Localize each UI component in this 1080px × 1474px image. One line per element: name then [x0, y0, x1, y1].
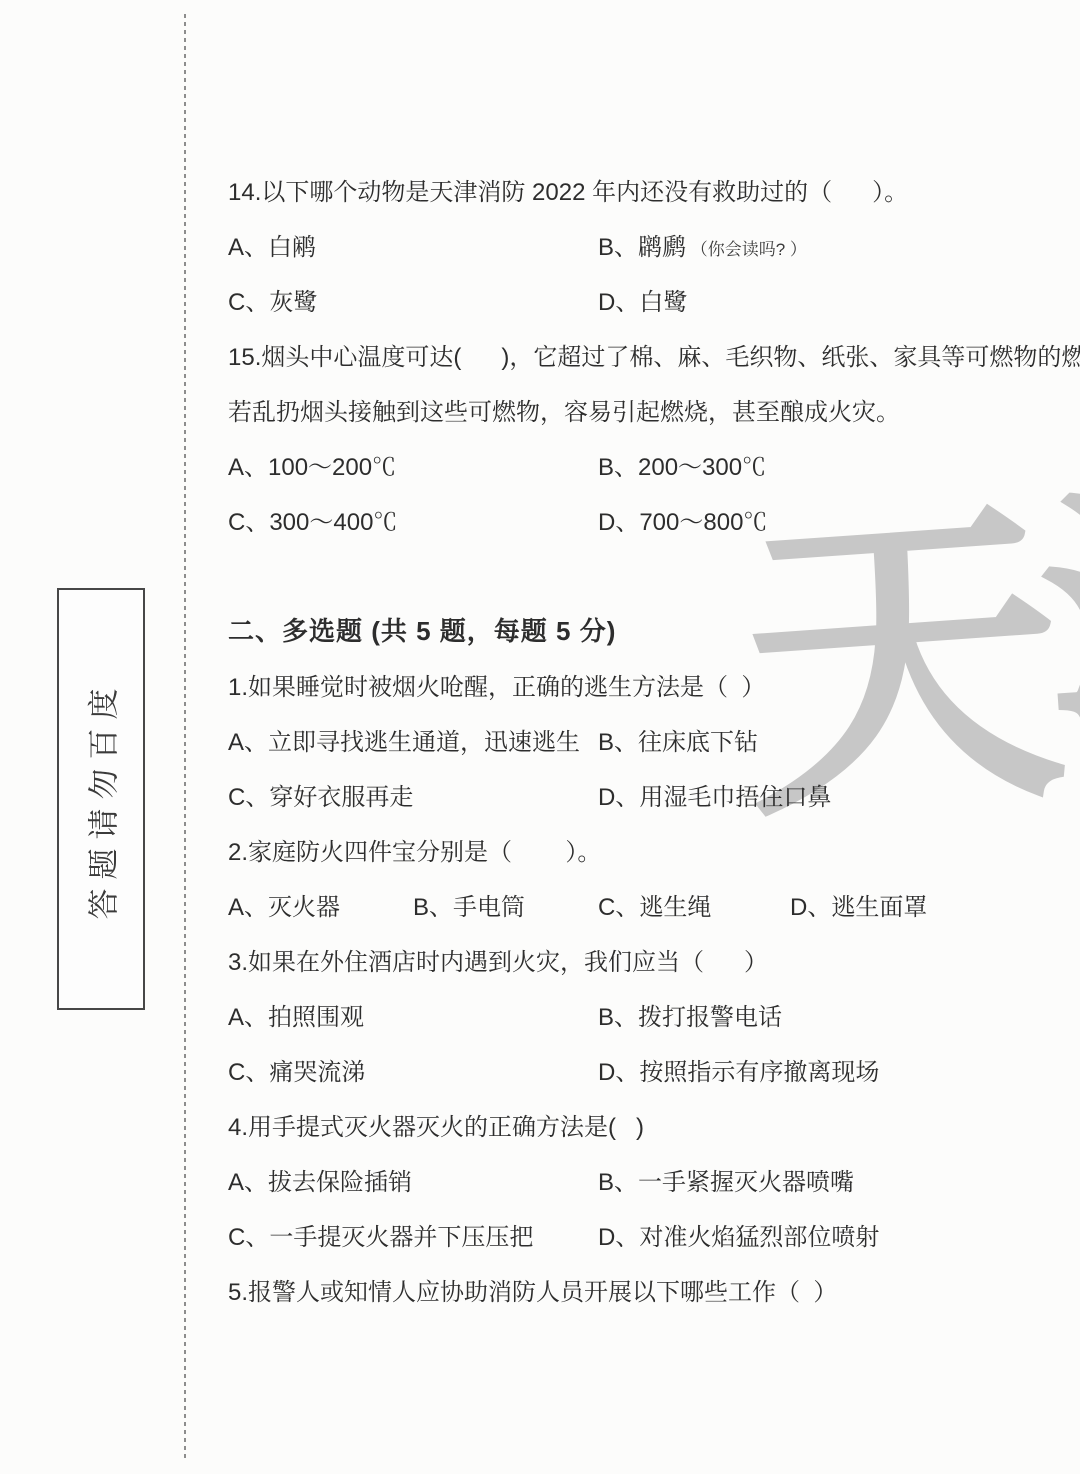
mq1-option-d: D、用湿毛巾捂住口鼻 [598, 777, 1063, 812]
mq4-option-c: C、一手提灭火器并下压压把 [228, 1217, 598, 1252]
q14-option-b-note: （你会读吗? ） [686, 240, 807, 259]
question-15-line-1: 15.烟头中心温度可达( )，它超过了棉、麻、毛织物、纸张、家具等可燃物的燃点， [228, 327, 1063, 382]
q14-option-b-text: B、䴙䴘 [598, 234, 686, 261]
multi-q2-text: 2.家庭防火四件宝分别是（ ）。 [228, 832, 601, 867]
multi-q1-text: 1.如果睡觉时被烟火呛醒，正确的逃生方法是（ ） [228, 667, 765, 702]
mq1-option-c: C、穿好衣服再走 [228, 777, 598, 812]
question-14: 14.以下哪个动物是天津消防 2022 年内还没有救助过的（ ）。 [228, 162, 1063, 217]
q15-option-c: C、300～400℃ [228, 502, 598, 537]
exam-question-column: 14.以下哪个动物是天津消防 2022 年内还没有救助过的（ ）。 A、白鹇 B… [228, 162, 1063, 1317]
section-2-header-row: 二、多选题 (共 5 题，每题 5 分) [228, 602, 1063, 657]
question-15-text-2: 若乱扔烟头接触到这些可燃物，容易引起燃烧，甚至酿成火灾。 [228, 392, 900, 427]
question-15-line-2: 若乱扔烟头接触到这些可燃物，容易引起燃烧，甚至酿成火灾。 [228, 382, 1063, 437]
mq4-option-d: D、对准火焰猛烈部位喷射 [598, 1217, 1063, 1252]
multi-q4-text: 4.用手提式灭火器灭火的正确方法是( ) [228, 1107, 644, 1142]
multi-q1-options-row-1: A、立即寻找逃生通道，迅速逃生 B、往床底下钻 [228, 712, 1063, 767]
multi-q4-options-row-2: C、一手提灭火器并下压压把 D、对准火焰猛烈部位喷射 [228, 1207, 1063, 1262]
mq3-option-d: D、按照指示有序撤离现场 [598, 1052, 1063, 1087]
question-15-options-row-1: A、100～200℃ B、200～300℃ [228, 437, 1063, 492]
no-baidu-notice-box: 答题请勿百度 [57, 588, 145, 1010]
no-baidu-notice-text: 答题请勿百度 [79, 679, 124, 919]
mq2-option-c: C、逃生绳 [598, 887, 790, 922]
mq4-option-a: A、拔去保险插销 [228, 1162, 598, 1197]
q14-option-b: B、䴙䴘 （你会读吗? ） [598, 227, 1063, 262]
multi-q3-text: 3.如果在外住酒店时内遇到火灾，我们应当（ ） [228, 942, 768, 977]
q15-option-b: B、200～300℃ [598, 447, 1063, 482]
multi-question-2: 2.家庭防火四件宝分别是（ ）。 [228, 822, 1063, 877]
q15-option-d: D、700～800℃ [598, 502, 1063, 537]
mq1-option-b: B、往床底下钻 [598, 722, 1063, 757]
section-2-header: 二、多选题 (共 5 题，每题 5 分) [228, 611, 616, 648]
question-14-options-row-2: C、灰鹭 D、白鹭 [228, 272, 1063, 327]
multi-question-5: 5.报警人或知情人应协助消防人员开展以下哪些工作（ ） [228, 1262, 1063, 1317]
mq2-option-a: A、灭火器 [228, 887, 413, 922]
mq1-option-a: A、立即寻找逃生通道，迅速逃生 [228, 722, 598, 757]
multi-q5-text: 5.报警人或知情人应协助消防人员开展以下哪些工作（ ） [228, 1272, 837, 1307]
multi-q3-options-row-1: A、拍照围观 B、拨打报警电话 [228, 987, 1063, 1042]
question-14-text: 14.以下哪个动物是天津消防 2022 年内还没有救助过的（ ）。 [228, 172, 908, 207]
multi-question-3: 3.如果在外住酒店时内遇到火灾，我们应当（ ） [228, 932, 1063, 987]
question-14-options-row-1: A、白鹇 B、䴙䴘 （你会读吗? ） [228, 217, 1063, 272]
mq3-option-a: A、拍照围观 [228, 997, 598, 1032]
q14-option-a: A、白鹇 [228, 227, 598, 262]
multi-q4-options-row-1: A、拔去保险插销 B、一手紧握灭火器喷嘴 [228, 1152, 1063, 1207]
q14-option-d: D、白鹭 [598, 282, 1063, 317]
mq3-option-c: C、痛哭流涕 [228, 1052, 598, 1087]
mq4-option-b: B、一手紧握灭火器喷嘴 [598, 1162, 1063, 1197]
question-15-options-row-2: C、300～400℃ D、700～800℃ [228, 492, 1063, 547]
mq2-option-b: B、手电筒 [413, 887, 598, 922]
mq2-option-d: D、逃生面罩 [790, 887, 1063, 922]
multi-question-1: 1.如果睡觉时被烟火呛醒，正确的逃生方法是（ ） [228, 657, 1063, 712]
q15-option-a: A、100～200℃ [228, 447, 598, 482]
multi-q3-options-row-2: C、痛哭流涕 D、按照指示有序撤离现场 [228, 1042, 1063, 1097]
page-margin-divider [184, 14, 186, 1462]
multi-q1-options-row-2: C、穿好衣服再走 D、用湿毛巾捂住口鼻 [228, 767, 1063, 822]
multi-q2-options-row: A、灭火器 B、手电筒 C、逃生绳 D、逃生面罩 [228, 877, 1063, 932]
q14-option-c: C、灰鹭 [228, 282, 598, 317]
multi-question-4: 4.用手提式灭火器灭火的正确方法是( ) [228, 1097, 1063, 1152]
section-gap [228, 547, 1063, 602]
mq3-option-b: B、拨打报警电话 [598, 997, 1063, 1032]
question-15-text-1: 15.烟头中心温度可达( )，它超过了棉、麻、毛织物、纸张、家具等可燃物的燃点， [228, 337, 1080, 372]
